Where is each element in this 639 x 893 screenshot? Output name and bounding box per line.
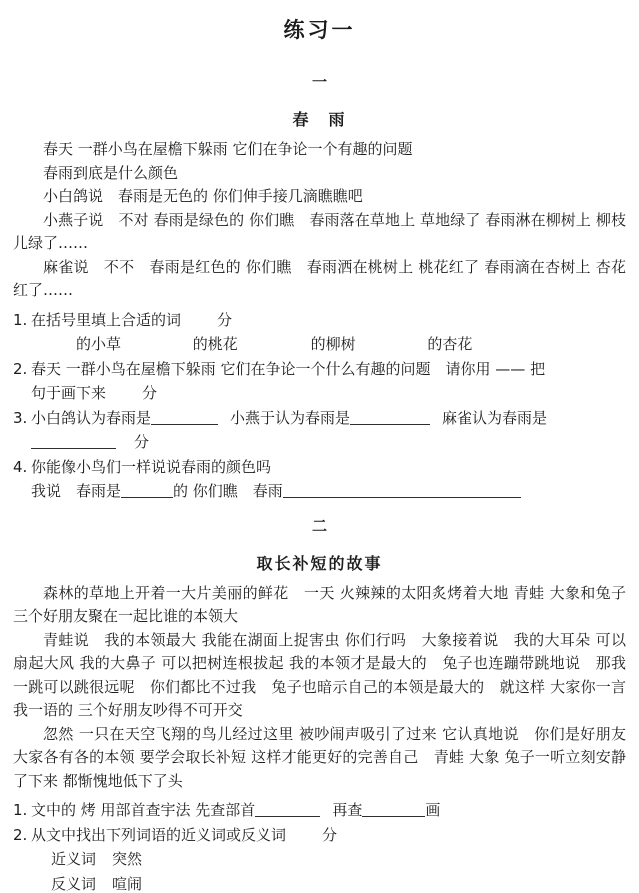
question-text: 小白鸽认为春雨是 bbox=[31, 409, 151, 427]
passage-paragraph: 小白鸽说 春雨是无色的 你们伸手接几滴瞧瞧吧 bbox=[13, 185, 626, 209]
passage-paragraph: 小燕子说 不对 春雨是绿色的 你们瞧 春雨落在草地上 草地绿了 春雨淋在柳树上 … bbox=[13, 209, 626, 256]
question-text: 麻雀认为春雨是 bbox=[442, 409, 547, 427]
score-label: 分 bbox=[142, 384, 157, 402]
fill-word: 的柳树 bbox=[311, 332, 356, 357]
passage-paragraph: 春雨到底是什么颜色 bbox=[13, 162, 626, 186]
question-3: 3. 小白鸽认为春雨是小燕于认为春雨是麻雀认为春雨是 分 bbox=[13, 406, 626, 455]
blank-line bbox=[121, 483, 173, 498]
passage-paragraph: 青蛙说 我的本领最大 我能在湖面上捉害虫 你们行吗 大象接着说 我的大耳朵 可以… bbox=[13, 629, 626, 723]
question-2: 2. 从文中找出下列词语的近义词或反义词分 近义词突然 反义词喧闹 bbox=[13, 823, 626, 893]
section-2-heading: 取长补短的故事 bbox=[13, 554, 626, 573]
question-text: 小燕于认为春雨是 bbox=[230, 409, 350, 427]
question-1: 1. 在括号里填上合适的词分 的小草 的桃花 的柳树 的杏花 bbox=[13, 308, 626, 357]
question-text-line: 句于画下来分 bbox=[31, 381, 626, 406]
blank-line bbox=[362, 802, 425, 817]
question-text: 在括号里填上合适的词 bbox=[31, 311, 181, 329]
synonym-row: 近义词突然 bbox=[31, 847, 626, 872]
blank-line bbox=[283, 483, 521, 498]
question-text-line: 在括号里填上合适的词分 bbox=[31, 308, 626, 333]
question-text-line: 小白鸽认为春雨是小燕于认为春雨是麻雀认为春雨是 bbox=[31, 406, 626, 431]
question-text-line: 分 bbox=[31, 430, 626, 455]
section-1-heading: 春 雨 bbox=[13, 110, 626, 129]
blank-line bbox=[151, 410, 218, 425]
question-number: 2. bbox=[13, 823, 31, 893]
passage-paragraph: 春天 一群小鸟在屋檐下躲雨 它们在争论一个有趣的问题 bbox=[13, 138, 626, 162]
question-number: 3. bbox=[13, 406, 31, 455]
question-text: 再查 bbox=[332, 801, 362, 819]
question-text-line: 从文中找出下列词语的近义词或反义词分 bbox=[31, 823, 626, 848]
fill-in-words-row: 的小草 的桃花 的柳树 的杏花 bbox=[31, 332, 626, 357]
question-number: 4. bbox=[13, 455, 31, 504]
blank-line bbox=[350, 410, 430, 425]
question-text: 的 你们瞧 春雨 bbox=[173, 482, 283, 500]
score-label: 分 bbox=[322, 826, 337, 844]
question-number: 1. bbox=[13, 308, 31, 357]
worksheet-page: 练习一 一 春 雨 春天 一群小鸟在屋檐下躲雨 它们在争论一个有趣的问题 春雨到… bbox=[0, 0, 639, 893]
passage-paragraph: 忽然 一只在天空飞翔的鸟儿经过这里 被吵闹声吸引了过来 它认真地说 你们是好朋友… bbox=[13, 723, 626, 794]
blank-line bbox=[31, 434, 116, 449]
question-2: 2. 春天 一群小鸟在屋檐下躲雨 它们在争论一个什么有趣的问题 请你用 —— 把… bbox=[13, 357, 626, 406]
question-4: 4. 你能像小鸟们一样说说春雨的颜色吗 我说 春雨是的 你们瞧 春雨 bbox=[13, 455, 626, 504]
section-1-passage: 春天 一群小鸟在屋檐下躲雨 它们在争论一个有趣的问题 春雨到底是什么颜色 小白鸽… bbox=[13, 138, 626, 303]
passage-paragraph: 森林的草地上开着一大片美丽的鲜花 一天 火辣辣的太阳炙烤着大地 青蛙 大象和兔子… bbox=[13, 582, 626, 629]
antonym-row: 反义词喧闹 bbox=[31, 872, 626, 893]
page-title: 练习一 bbox=[13, 18, 626, 42]
pair-word: 喧闹 bbox=[112, 875, 142, 893]
fill-word: 的杏花 bbox=[427, 332, 472, 357]
question-number: 1. bbox=[13, 798, 31, 823]
section-2-passage: 森林的草地上开着一大片美丽的鲜花 一天 火辣辣的太阳炙烤着大地 青蛙 大象和兔子… bbox=[13, 582, 626, 794]
section-2-marker: 二 bbox=[13, 517, 626, 535]
section-2-questions: 1. 文中的 烤 用部首查宇法 先查部首再查画 2. 从文中找出下列词语的近义词… bbox=[13, 798, 626, 893]
question-text-line: 文中的 烤 用部首查宇法 先查部首再查画 bbox=[31, 798, 626, 823]
section-1-questions: 1. 在括号里填上合适的词分 的小草 的桃花 的柳树 的杏花 2. 春天 一群小… bbox=[13, 308, 626, 504]
score-label: 分 bbox=[217, 311, 232, 329]
passage-paragraph: 麻雀说 不不 春雨是红色的 你们瞧 春雨洒在桃树上 桃花红了 春雨滴在杏树上 杏… bbox=[13, 256, 626, 303]
question-text: 从文中找出下列词语的近义词或反义词 bbox=[31, 826, 286, 844]
blank-line bbox=[255, 802, 320, 817]
pair-word: 突然 bbox=[112, 850, 142, 868]
question-text: 文中的 烤 用部首查宇法 先查部首 bbox=[31, 801, 255, 819]
score-label: 分 bbox=[134, 433, 149, 451]
question-text-line: 我说 春雨是的 你们瞧 春雨 bbox=[31, 479, 626, 504]
pair-label: 反义词 bbox=[51, 875, 96, 893]
question-number: 2. bbox=[13, 357, 31, 406]
pair-label: 近义词 bbox=[51, 850, 96, 868]
question-text-line: 你能像小鸟们一样说说春雨的颜色吗 bbox=[31, 455, 626, 480]
section-1-marker: 一 bbox=[13, 73, 626, 91]
fill-word: 的桃花 bbox=[193, 332, 238, 357]
fill-word: 的小草 bbox=[76, 332, 121, 357]
question-text: 我说 春雨是 bbox=[31, 482, 121, 500]
question-text: 画 bbox=[425, 801, 440, 819]
question-text: 句于画下来 bbox=[31, 384, 106, 402]
question-1: 1. 文中的 烤 用部首查宇法 先查部首再查画 bbox=[13, 798, 626, 823]
question-text-line: 春天 一群小鸟在屋檐下躲雨 它们在争论一个什么有趣的问题 请你用 —— 把 bbox=[31, 357, 626, 382]
